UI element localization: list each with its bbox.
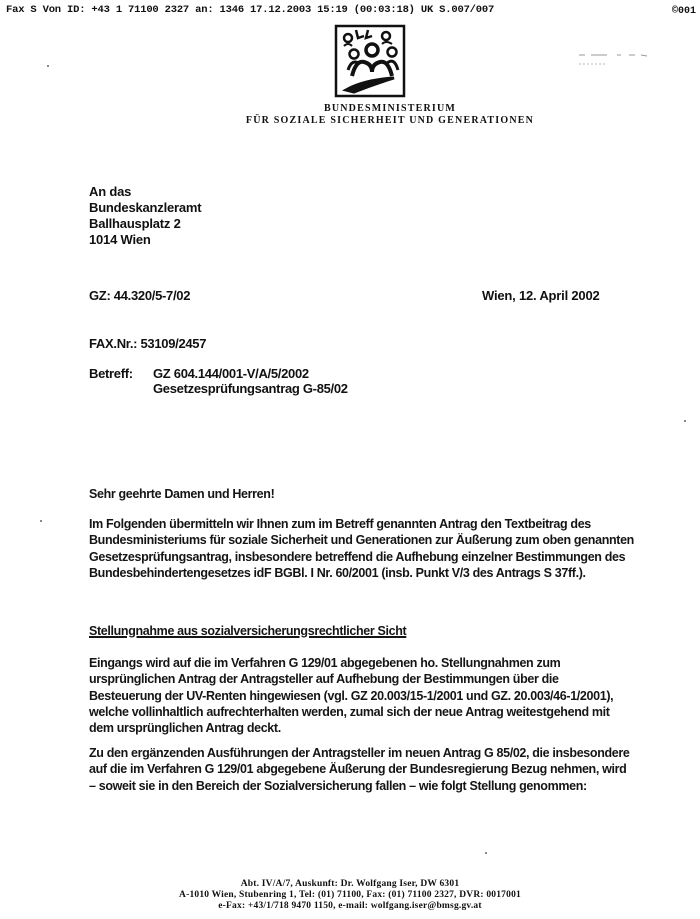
people-group-logo-icon bbox=[334, 24, 406, 98]
letter-footer: Abt. IV/A/7, Auskunft: Dr. Wolfgang Iser… bbox=[100, 879, 600, 912]
paragraph-supplement: Zu den ergänzenden Ausführungen der Antr… bbox=[89, 745, 634, 794]
address-line: Ballhausplatz 2 bbox=[89, 216, 201, 232]
reference-number: GZ: 44.320/5-7/02 bbox=[89, 288, 190, 303]
ministry-name: BUNDESMINISTERIUM FÜR SOZIALE SICHERHEIT… bbox=[150, 103, 630, 127]
subject-line: GZ 604.144/001-V/A/5/2002 bbox=[153, 366, 348, 381]
subject-line: Gesetzesprüfungsantrag G-85/02 bbox=[153, 381, 348, 396]
scan-speck bbox=[47, 65, 49, 67]
ministry-name-line1: BUNDESMINISTERIUM bbox=[150, 103, 630, 115]
salutation: Sehr geehrte Damen und Herren! bbox=[89, 486, 634, 502]
ministry-name-line2: FÜR SOZIALE SICHERHEIT UND GENERATIONEN bbox=[150, 115, 630, 127]
footer-line: e-Fax: +43/1/718 9470 1150, e-mail: wolf… bbox=[100, 901, 600, 912]
scan-speck bbox=[485, 852, 487, 854]
fax-number: FAX.Nr.: 53109/2457 bbox=[89, 336, 206, 351]
subject-label: Betreff: bbox=[89, 366, 153, 381]
address-line: Bundeskanzleramt bbox=[89, 200, 201, 216]
address-line: An das bbox=[89, 184, 201, 200]
subject-block: Betreff:GZ 604.144/001-V/A/5/2002Gesetze… bbox=[89, 366, 348, 396]
address-line: 1014 Wien bbox=[89, 232, 201, 248]
paragraph-statement: Eingangs wird auf die im Verfahren G 129… bbox=[89, 655, 634, 736]
fax-page-marker: ©001 bbox=[672, 6, 696, 17]
recipient-address: An das Bundeskanzleramt Ballhausplatz 2 … bbox=[89, 184, 201, 248]
subject-lines: GZ 604.144/001-V/A/5/2002Gesetzesprüfung… bbox=[153, 366, 348, 396]
scan-speck bbox=[40, 520, 42, 522]
scan-speck bbox=[684, 420, 686, 422]
footer-line: Abt. IV/A/7, Auskunft: Dr. Wolfgang Iser… bbox=[100, 879, 600, 890]
fax-transmission-header: Fax S Von ID: +43 1 71100 2327 an: 1346 … bbox=[6, 4, 494, 16]
handwritten-mark bbox=[577, 52, 662, 68]
footer-line: A-1010 Wien, Stubenring 1, Tel: (01) 711… bbox=[100, 890, 600, 901]
paragraph-intro: Im Folgenden übermitteln wir Ihnen zum i… bbox=[89, 516, 634, 581]
letter-date: Wien, 12. April 2002 bbox=[482, 288, 600, 303]
section-heading: Stellungnahme aus sozialversicherungsrec… bbox=[89, 623, 634, 639]
